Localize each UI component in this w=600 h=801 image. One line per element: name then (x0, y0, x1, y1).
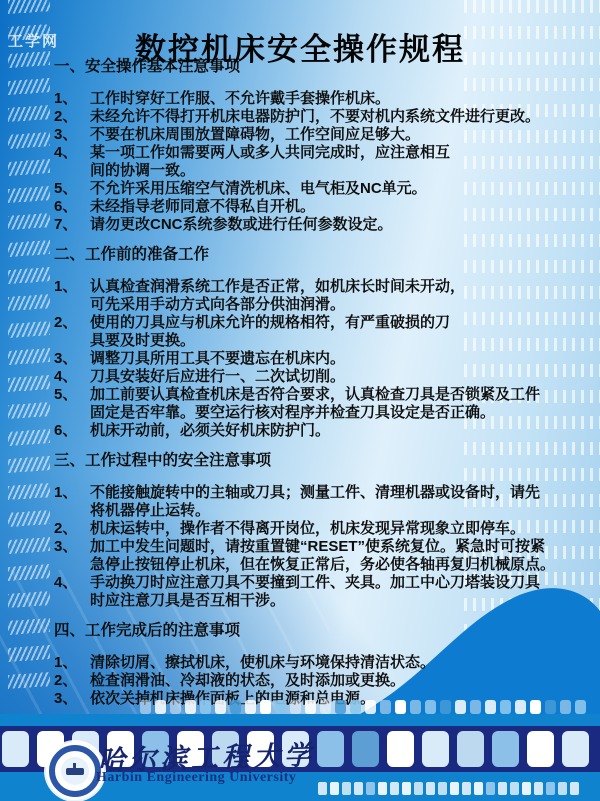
list-item: 1、不能接触旋转中的主轴或刀具；测量工件、清理机器或设备时，请先 将机器停止运转… (54, 484, 559, 520)
item-number: 6、 (54, 198, 90, 216)
item-number: 1、 (54, 278, 90, 314)
item-text: 加工前要认真检查机床是否符合要求，认真检查刀具是否锁紧及工件 固定是否牢靠。要空… (90, 386, 559, 422)
item-number: 5、 (54, 386, 90, 422)
item-number: 6、 (54, 422, 90, 440)
list-item: 4、刀具安装好后应进行一、二次试切削。 (54, 368, 559, 386)
item-number: 2、 (54, 314, 90, 350)
section-heading: 一、 安全操作基本注意事项 (54, 58, 559, 76)
item-text: 未经指导老师同意不得私自开机。 (90, 198, 559, 216)
university-name-english: Harbin Engineering University (96, 770, 296, 786)
item-text: 某一项工作如需要两人或多人共同完成时，应注意相互 间的协调一致。 (90, 144, 559, 180)
item-number: 3、 (54, 690, 90, 708)
list-item: 2、机床运转中，操作者不得离开岗位，机床发现异常现象立即停车。 (54, 520, 559, 538)
section-heading: 三、 工作过程中的安全注意事项 (54, 452, 559, 470)
list-item: 6、未经指导老师同意不得私自开机。 (54, 198, 559, 216)
list-item: 2、检查润滑油、冷却液的状态，及时添加或更换。 (54, 672, 559, 690)
item-text: 机床运转中，操作者不得离开岗位，机床发现异常现象立即停车。 (90, 520, 559, 538)
item-number: 1、 (54, 484, 90, 520)
list-item: 4、某一项工作如需要两人或多人共同完成时，应注意相互 间的协调一致。 (54, 144, 559, 180)
item-text: 认真检查润滑系统工作是否正常，如机床长时间未开动， 可先采用手动方式向各部分供油… (90, 278, 559, 314)
mini-squares-row (140, 700, 586, 714)
section-heading-label: 工作过程中的安全注意事项 (85, 452, 271, 470)
item-number: 3、 (54, 350, 90, 368)
item-number: 4、 (54, 144, 90, 180)
section-heading-label: 工作完成后的注意事项 (85, 622, 240, 640)
item-number: 2、 (54, 672, 90, 690)
logo-emblem (61, 757, 89, 785)
footer-squares-row (318, 782, 579, 795)
section-basic-safety: 一、 安全操作基本注意事项 1、工作时穿好工作服、不允许戴手套操作机床。 2、未… (54, 58, 559, 234)
list-item: 2、使用的刀具应与机床允许的规格相符，有严重破损的刀 具要及时更换。 (54, 314, 559, 350)
section-number: 一、 (54, 58, 85, 76)
list-item: 2、未经允许不得打开机床电器防护门，不要对机内系统文件进行更改。 (54, 108, 559, 126)
item-text: 机床开动前，必须关好机床防护门。 (90, 422, 559, 440)
section-preparation: 二、 工作前的准备工作 1、认真检查润滑系统工作是否正常，如机床长时间未开动， … (54, 246, 559, 440)
list-item: 5、加工前要认真检查机床是否符合要求，认真检查刀具是否锁紧及工件 固定是否牢靠。… (54, 386, 559, 422)
section-heading: 四、 工作完成后的注意事项 (54, 622, 559, 640)
item-number: 2、 (54, 108, 90, 126)
item-text: 不能接触旋转中的主轴或刀具；测量工件、清理机器或设备时，请先 将机器停止运转。 (90, 484, 559, 520)
list-item: 6、机床开动前，必须关好机床防护门。 (54, 422, 559, 440)
list-item: 1、清除切屑、擦拭机床，使机床与环境保持清洁状态。 (54, 654, 559, 672)
section-number: 二、 (54, 246, 85, 264)
list-item: 7、请勿更改CNC系统参数或进行任何参数设定。 (54, 216, 559, 234)
list-item: 3、调整刀具所用工具不要遗忘在机床内。 (54, 350, 559, 368)
item-text: 不允许采用压缩空气清洗机床、电气柜及NC单元。 (90, 180, 559, 198)
item-text: 请勿更改CNC系统参数或进行任何参数设定。 (90, 216, 559, 234)
list-item: 3、不要在机床周围放置障碍物，工作空间应足够大。 (54, 126, 559, 144)
item-number: 3、 (54, 538, 90, 574)
item-number: 7、 (54, 216, 90, 234)
logo-glyph-icon (66, 768, 84, 775)
item-text: 调整刀具所用工具不要遗忘在机床内。 (90, 350, 559, 368)
item-text: 清除切屑、擦拭机床，使机床与环境保持清洁状态。 (90, 654, 559, 672)
section-during-work: 三、 工作过程中的安全注意事项 1、不能接触旋转中的主轴或刀具；测量工件、清理机… (54, 452, 559, 610)
item-number: 5、 (54, 180, 90, 198)
content: 一、 安全操作基本注意事项 1、工作时穿好工作服、不允许戴手套操作机床。 2、未… (54, 58, 559, 720)
item-text: 工作时穿好工作服、不允许戴手套操作机床。 (90, 90, 559, 108)
item-text: 加工中发生问题时，请按重置键“RESET”使系统复位。紧急时可按紧 急停止按钮停… (90, 538, 559, 574)
item-number: 2、 (54, 520, 90, 538)
section-heading-label: 安全操作基本注意事项 (85, 58, 240, 76)
section-number: 四、 (54, 622, 85, 640)
list-item: 5、不允许采用压缩空气清洗机床、电气柜及NC单元。 (54, 180, 559, 198)
item-number: 4、 (54, 368, 90, 386)
list-item: 1、认真检查润滑系统工作是否正常，如机床长时间未开动， 可先采用手动方式向各部分… (54, 278, 559, 314)
section-heading-label: 工作前的准备工作 (85, 246, 209, 264)
section-heading: 二、 工作前的准备工作 (54, 246, 559, 264)
item-text: 使用的刀具应与机床允许的规格相符，有严重破损的刀 具要及时更换。 (90, 314, 559, 350)
list-item: 4、手动换刀时应注意刀具不要撞到工件、夹具。加工中心刀塔装设刀具 时应注意刀具是… (54, 574, 559, 610)
item-number: 1、 (54, 654, 90, 672)
item-text: 刀具安装好后应进行一、二次试切削。 (90, 368, 559, 386)
item-text: 未经允许不得打开机床电器防护门，不要对机内系统文件进行更改。 (90, 108, 559, 126)
section-number: 三、 (54, 452, 85, 470)
item-text: 检查润滑油、冷却液的状态，及时添加或更换。 (90, 672, 559, 690)
section-after-work: 四、 工作完成后的注意事项 1、清除切屑、擦拭机床，使机床与环境保持清洁状态。 … (54, 622, 559, 708)
item-text: 不要在机床周围放置障碍物，工作空间应足够大。 (90, 126, 559, 144)
item-number: 4、 (54, 574, 90, 610)
list-item: 3、加工中发生问题时，请按重置键“RESET”使系统复位。紧急时可按紧 急停止按… (54, 538, 559, 574)
item-number: 3、 (54, 126, 90, 144)
item-number: 1、 (54, 90, 90, 108)
list-item: 1、工作时穿好工作服、不允许戴手套操作机床。 (54, 90, 559, 108)
item-text: 手动换刀时应注意刀具不要撞到工件、夹具。加工中心刀塔装设刀具 时应注意刀具是否互… (90, 574, 559, 610)
